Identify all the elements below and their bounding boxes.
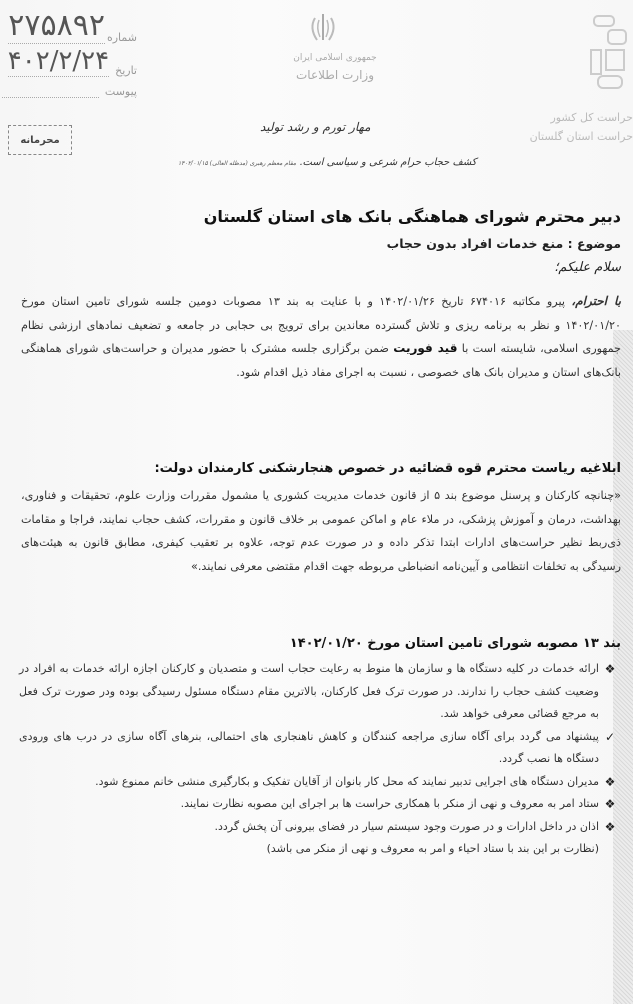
date-label: تاریخ <box>115 64 137 77</box>
body-emphasis: قید فوریت <box>393 341 457 355</box>
body-paragraph: با احترام، پیرو مکاتبه ۶۷۴۰۱۶ تاریخ ۱۴۰۲… <box>21 290 621 384</box>
emblem-icon <box>305 10 341 46</box>
year-motto: مهار تورم و رشد تولید <box>260 120 371 134</box>
attachment-line <box>2 87 99 98</box>
ministry-name: وزارت اطلاعات <box>290 67 380 84</box>
addressee: دبیر محترم شورای هماهنگی بانک های استان … <box>204 207 621 226</box>
opening-salutation: با احترام، <box>571 294 621 308</box>
judiciary-heading: ابلاغیه ریاست محترم قوه قضائیه در خصوص ه… <box>154 461 621 476</box>
org-line-1: حراست کل کشور <box>530 108 633 127</box>
confidential-stamp: محرمانه <box>8 125 72 155</box>
attachment-row: پیوست <box>2 85 137 98</box>
date-row: تاریخ ۴۰۲/۲/۲۴ <box>2 46 137 77</box>
organization-name: حراست کل کشور حراست استان گلستان <box>530 108 633 146</box>
closing-note: (نظارت بر این بند با ستاد احیاء و امر به… <box>19 838 621 860</box>
ministry-header: جمهوری اسلامی ایران وزارت اطلاعات <box>290 50 380 84</box>
resolution-item: ❖ اذان در داخل ادارات و در صورت وجود سیس… <box>19 816 621 839</box>
hijab-slogan: کشف حجاب حرام شرعی و سیاسی است. مقام معظ… <box>178 157 477 168</box>
resolution-item: ✓ پیشنهاد می گردد برای آگاه سازی مراجعه … <box>19 726 621 771</box>
country-name: جمهوری اسلامی ایران <box>290 50 380 67</box>
number-row: شماره ۲۷۵۸۹۲ <box>2 8 137 44</box>
resolution-items: ❖ ارائه خدمات در کلیه دستگاه ها و سازمان… <box>19 658 621 860</box>
subject-line: موضوع : منع خدمات افراد بدون حجاب <box>387 236 621 251</box>
item-text: اذان در داخل ادارات و در صورت وجود سیستم… <box>19 816 599 839</box>
attachment-label: پیوست <box>105 85 137 98</box>
org-line-2: حراست استان گلستان <box>530 127 633 146</box>
reference-block: شماره ۲۷۵۸۹۲ تاریخ ۴۰۲/۲/۲۴ پیوست <box>2 8 137 98</box>
item-text: ارائه خدمات در کلیه دستگاه ها و سازمان ه… <box>19 658 599 726</box>
resolution-item: ❖ مدیران دستگاه های اجرایی تدبیر نمایند … <box>19 771 621 794</box>
diamond-bullet-icon: ❖ <box>599 771 621 794</box>
judiciary-quote: «چنانچه کارکنان و پرسنل موضوع بند ۵ از ق… <box>21 484 621 578</box>
number-value: ۲۷۵۸۹۲ <box>8 8 105 44</box>
diamond-bullet-icon: ❖ <box>599 793 621 816</box>
checkmark-bullet-icon: ✓ <box>599 726 621 771</box>
diamond-bullet-icon: ❖ <box>599 816 621 839</box>
organization-logo-icon <box>586 10 631 95</box>
resolution-item: ❖ ارائه خدمات در کلیه دستگاه ها و سازمان… <box>19 658 621 726</box>
item-text: ستاد امر به معروف و نهی از منکر با همکار… <box>19 793 599 816</box>
resolution-item: ❖ ستاد امر به معروف و نهی از منکر با همک… <box>19 793 621 816</box>
slogan-source: مقام معظم رهبری (مدظله العالی) ۱۴۰۲/۰۱/۱… <box>178 160 296 167</box>
number-label: شماره <box>107 31 137 44</box>
greeting: سلام علیکم؛ <box>554 260 621 275</box>
diamond-bullet-icon: ❖ <box>599 658 621 726</box>
date-value: ۴۰۲/۲/۲۴ <box>8 46 109 77</box>
item-text: مدیران دستگاه های اجرایی تدبیر نمایند که… <box>19 771 599 794</box>
slogan-text: کشف حجاب حرام شرعی و سیاسی است. <box>299 157 476 168</box>
item-text: پیشنهاد می گردد برای آگاه سازی مراجعه کن… <box>19 726 599 771</box>
resolution-heading: بند ۱۳ مصوبه شورای تامین استان مورخ ۱۴۰۲… <box>290 636 621 651</box>
